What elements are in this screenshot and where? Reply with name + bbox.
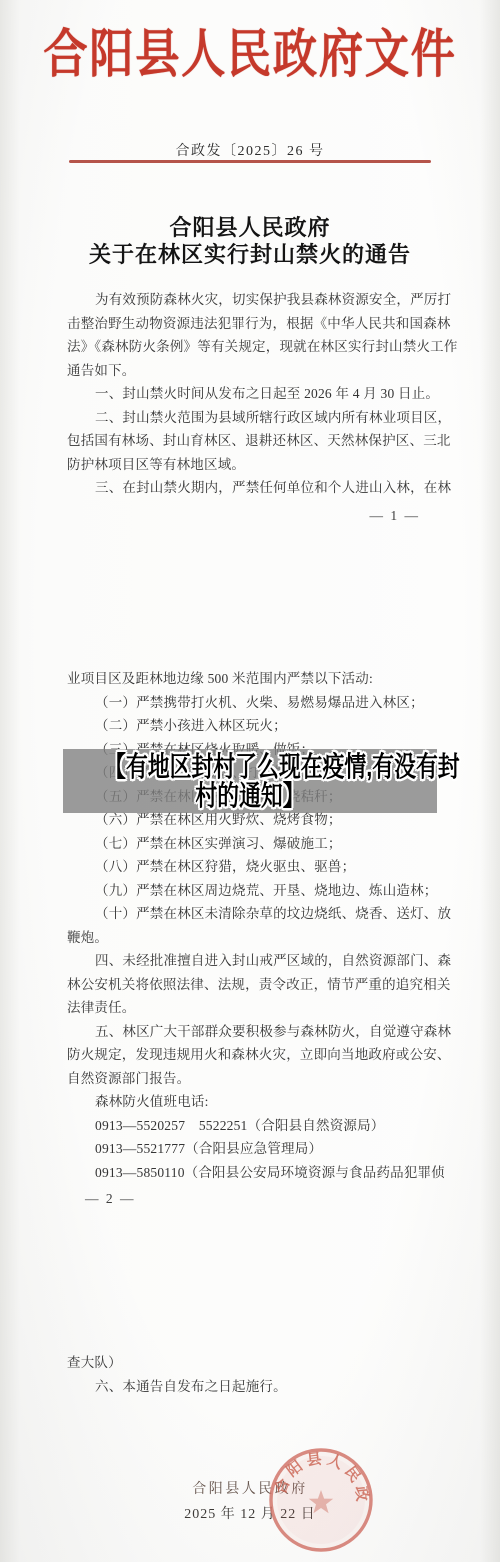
document-text-line: 四、未经批准擅自进入封山戒严区域的，自然资源部门、森	[67, 949, 433, 973]
document-text-line: （九）严禁在林区周边烧荒、开垦、烧地边、炼山造林；	[67, 879, 433, 903]
document-text-line: 法》《森林防火条例》等有关规定，现就在林区实行封山禁火工作	[67, 335, 433, 359]
document-text-line: 为有效预防森林火灾，切实保护我县森林资源安全，严厉打	[67, 288, 433, 312]
document-scan: 合阳县人民政府文件 合政发〔2025〕26 号 合阳县人民政府 关于在林区实行封…	[0, 0, 500, 1562]
document-text-line: （七）严禁在林区实弹演习、爆破施工；	[67, 832, 433, 856]
watermark-text-line2: 村的通知】	[104, 781, 396, 810]
watermark-overlay: 【有地区封村了么现在疫情,有没有封 村的通知】	[63, 749, 437, 813]
signature-date: 2025 年 12 月 22 日	[0, 1503, 500, 1523]
document-text-line: （十）严禁在林区未清除杂草的坟边烧纸、烧香、送灯、放	[67, 902, 433, 926]
document-text-line: 六、本通告自发布之日起施行。	[67, 1375, 433, 1399]
document-text-line: 森林防火值班电话:	[67, 1090, 433, 1114]
document-text-line: 法律责任。	[67, 996, 433, 1020]
document-text-line: 二、封山禁火范围为县域所辖行政区域内所有林业项目区，	[67, 406, 433, 430]
header-divider-rule	[69, 160, 431, 163]
document-text-line: 包括国有林场、封山育林区、退耕还林区、天然林保护区、三北	[67, 429, 433, 453]
notice-title-line1: 合阳县人民政府	[0, 214, 500, 241]
notice-title: 合阳县人民政府 关于在林区实行封山禁火的通告	[0, 214, 500, 268]
page1-number: — 1 —	[370, 508, 421, 524]
document-text-line: 击整治野生动物资源违法犯罪行为，根据《中华人民共和国森林	[67, 312, 433, 336]
official-seal-stamp: 合阳县人民政府	[265, 1443, 377, 1559]
document-text-line: 一、封山禁火时间从发布之日起至 2026 年 4 月 30 日止。	[67, 382, 433, 406]
document-header-title: 合阳县人民政府文件	[38, 26, 463, 86]
document-text-line: 五、林区广大干部群众要积极参与森林防火，自觉遵守森林	[67, 1020, 433, 1044]
document-text-line: 防护林项目区等有林地区域。	[67, 453, 433, 477]
document-text-line: 查大队）	[67, 1351, 433, 1375]
document-text-line: 自然资源部门报告。	[67, 1067, 433, 1091]
document-number: 合政发〔2025〕26 号	[0, 140, 500, 160]
document-text-line: 0913—5521777（合阳县应急管理局）	[67, 1137, 433, 1161]
page3-body: 查大队）六、本通告自发布之日起施行。	[67, 1351, 433, 1398]
watermark-text-line1: 【有地区封村了么现在疫情,有没有封	[104, 752, 396, 781]
document-text-line: 业项目区及距林地边缘 500 米范围内严禁以下活动:	[67, 667, 433, 691]
page1-body: 为有效预防森林火灾，切实保护我县森林资源安全，严厉打击整治野生动物资源违法犯罪行…	[67, 288, 433, 500]
signature-authority: 合阳县人民政府	[0, 1478, 500, 1498]
document-text-line: 三、在封山禁火期内，严禁任何单位和个人进山入林，在林	[67, 476, 433, 500]
document-text-line: （八）严禁在林区狩猎，烧火驱虫、驱兽；	[67, 855, 433, 879]
document-text-line: 0913—5850110（合阳县公安局环境资源与食品药品犯罪侦	[67, 1161, 433, 1185]
document-text-line: 防火规定，发现违规用火和森林火灾，立即向当地政府或公安、	[67, 1043, 433, 1067]
document-text-line: （一）严禁携带打火机、火柴、易燃易爆品进入林区；	[67, 691, 433, 715]
page2-number: — 2 —	[85, 1191, 136, 1207]
document-text-line: 鞭炮。	[67, 926, 433, 950]
page2-body: 业项目区及距林地边缘 500 米范围内严禁以下活动:（一）严禁携带打火机、火柴、…	[67, 667, 433, 1184]
document-text-line: 林公安机关将依照法律、法规，责令改正，情节严重的追究相关	[67, 973, 433, 997]
document-text-line: 通告如下。	[67, 359, 433, 383]
notice-title-line2: 关于在林区实行封山禁火的通告	[0, 241, 500, 268]
document-text-line: （二）严禁小孩进入林区玩火；	[67, 714, 433, 738]
document-text-line: 0913—5520257 5522251（合阳县自然资源局）	[67, 1114, 433, 1138]
